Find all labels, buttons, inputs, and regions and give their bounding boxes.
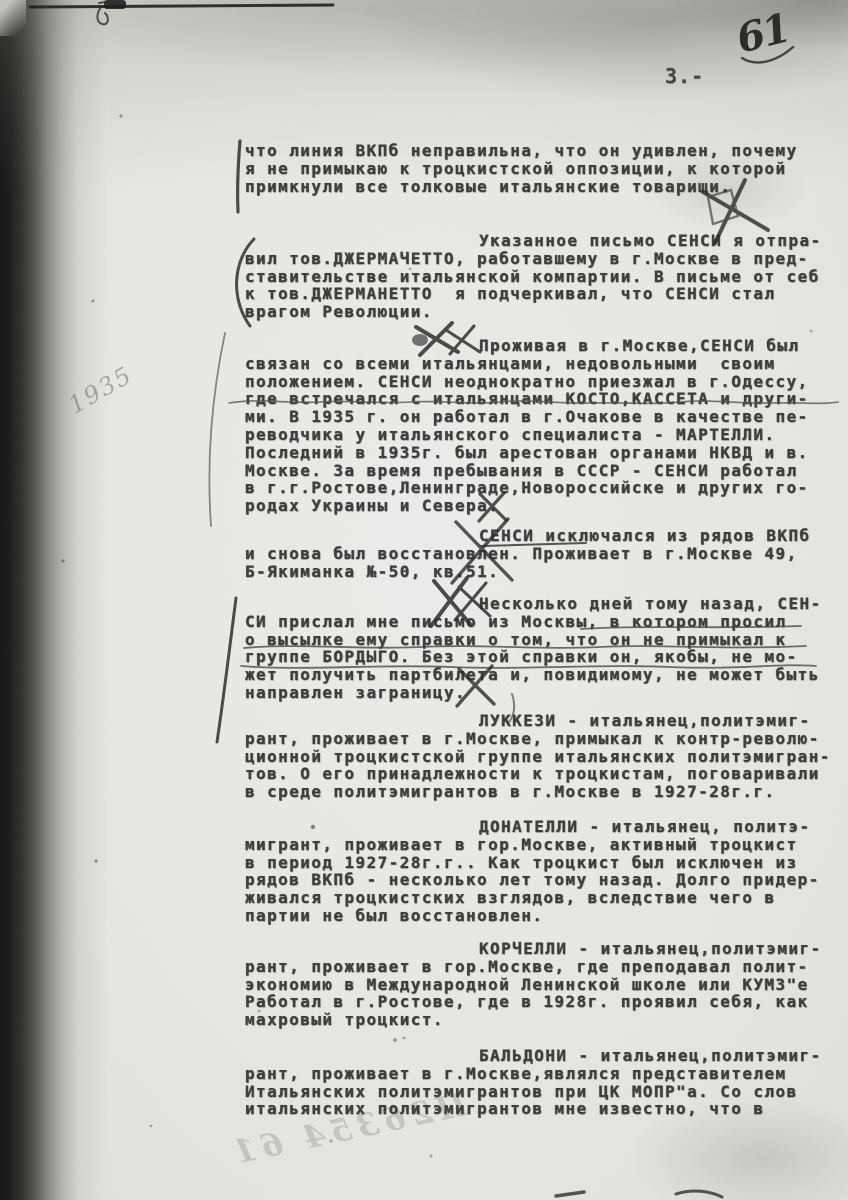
margin-bar-paragraph-5 xyxy=(217,598,236,742)
paragraph-sensi-expelled: СЕНСИ исключался из рядов ВКПб и снова б… xyxy=(245,527,848,580)
pencil-margin-line-paragraph-3 xyxy=(209,333,225,526)
paragraph-letter-dzhermanetto: Указанное письмо СЕНСИ я отпра- вил тов.… xyxy=(245,232,848,321)
paragraph-vkpb-line: что линия ВКПб неправильна, что он удивл… xyxy=(245,142,848,195)
paragraph-lukkezi: ЛУККЕЗИ - итальянец,политэмиг- рант, про… xyxy=(245,712,848,801)
paper-specks xyxy=(0,0,2,2)
scanned-document-page: 61 3.- 1935 П26354 61 что линия ВКПб неп… xyxy=(0,0,848,1200)
typed-page-number: 3.- xyxy=(665,66,704,86)
paragraph-sensi-moscow: Проживая в г.Москве,СЕНСИ был связан со … xyxy=(245,337,848,515)
paragraph-sensi-letter-request: Несколько дней тому назад, СЕН- СИ присл… xyxy=(245,595,848,702)
paragraph-donatelli: ДОНАТЕЛЛИ - итальянец, политэ- мигрант, … xyxy=(245,818,848,925)
paragraph-baldoni: БАЛЬДОНИ - итальянец,политэмиг- рант, пр… xyxy=(245,1047,848,1118)
paragraph-korchelli: КОРЧЕЛЛИ - итальянец,политэмиг- рант, пр… xyxy=(245,940,848,1029)
handwritten-archive-page-number: 61 xyxy=(733,8,793,59)
